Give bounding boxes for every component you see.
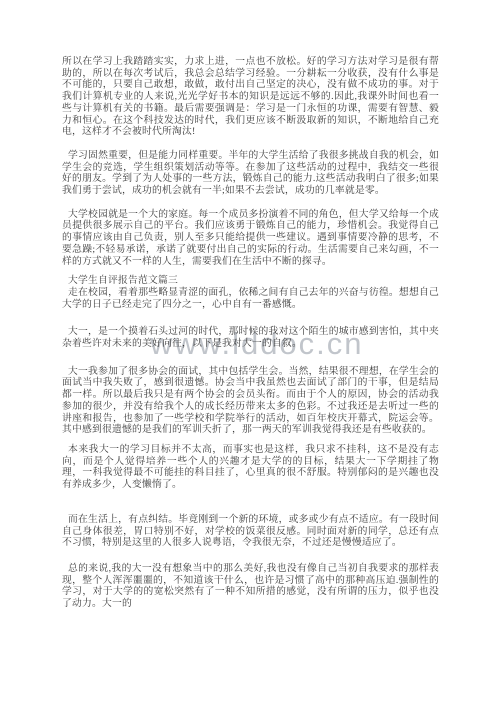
paragraph: 学习固然重要，但是能力同样重要。半年的大学生活给了我很多挑战自我的机会，如学生会… xyxy=(62,150,439,197)
paragraph: 大一我参加了很多协会的面试，其中包括学生会。当然，结果很不理想，在学生会的面试当… xyxy=(62,366,439,436)
paragraph: 所以在学习上我踏踏实实，力求上进，一点也不放松。好的学习方法对学习是很有帮助的，… xyxy=(62,56,439,138)
paragraph: 总的来说,我的大一没有想象当中的那么美好,我也没有像自己当初自我要求的那样表现，… xyxy=(62,563,439,610)
paragraph: 本来我大一的学习目标并不太高，而事实也是这样，我只求不挂科，这不是没有志向，而是… xyxy=(62,444,439,491)
paragraph: 大一，是一个摸着石头过河的时代，那时候的我对这个陌生的城市感到害怕，其中夹杂着些… xyxy=(62,326,439,349)
document-page: www.lddoc.cn 所以在学习上我踏踏实实，力求上进，一点也不放松。好的学… xyxy=(0,0,500,708)
paragraph: 而在生活上，有点纠结。毕竟刚到一个新的环境，或多或少有点不适应。有一段时间自己身… xyxy=(62,514,439,549)
document-content: 所以在学习上我踏踏实实，力求上进，一点也不放松。好的学习方法对学习是很有帮助的，… xyxy=(62,56,439,622)
section-heading: 大学生自评报告范文篇三 xyxy=(62,275,439,287)
paragraph: 走在校园，看着那些略显青涩的面孔，依稀之间有自己去年的兴奋与彷徨。想想自己大学的… xyxy=(62,287,439,310)
paragraph: 大学校园就是一个大的家庭。每一个成员多扮演着不同的角色，但大学又给每一个成员提供… xyxy=(62,209,439,268)
